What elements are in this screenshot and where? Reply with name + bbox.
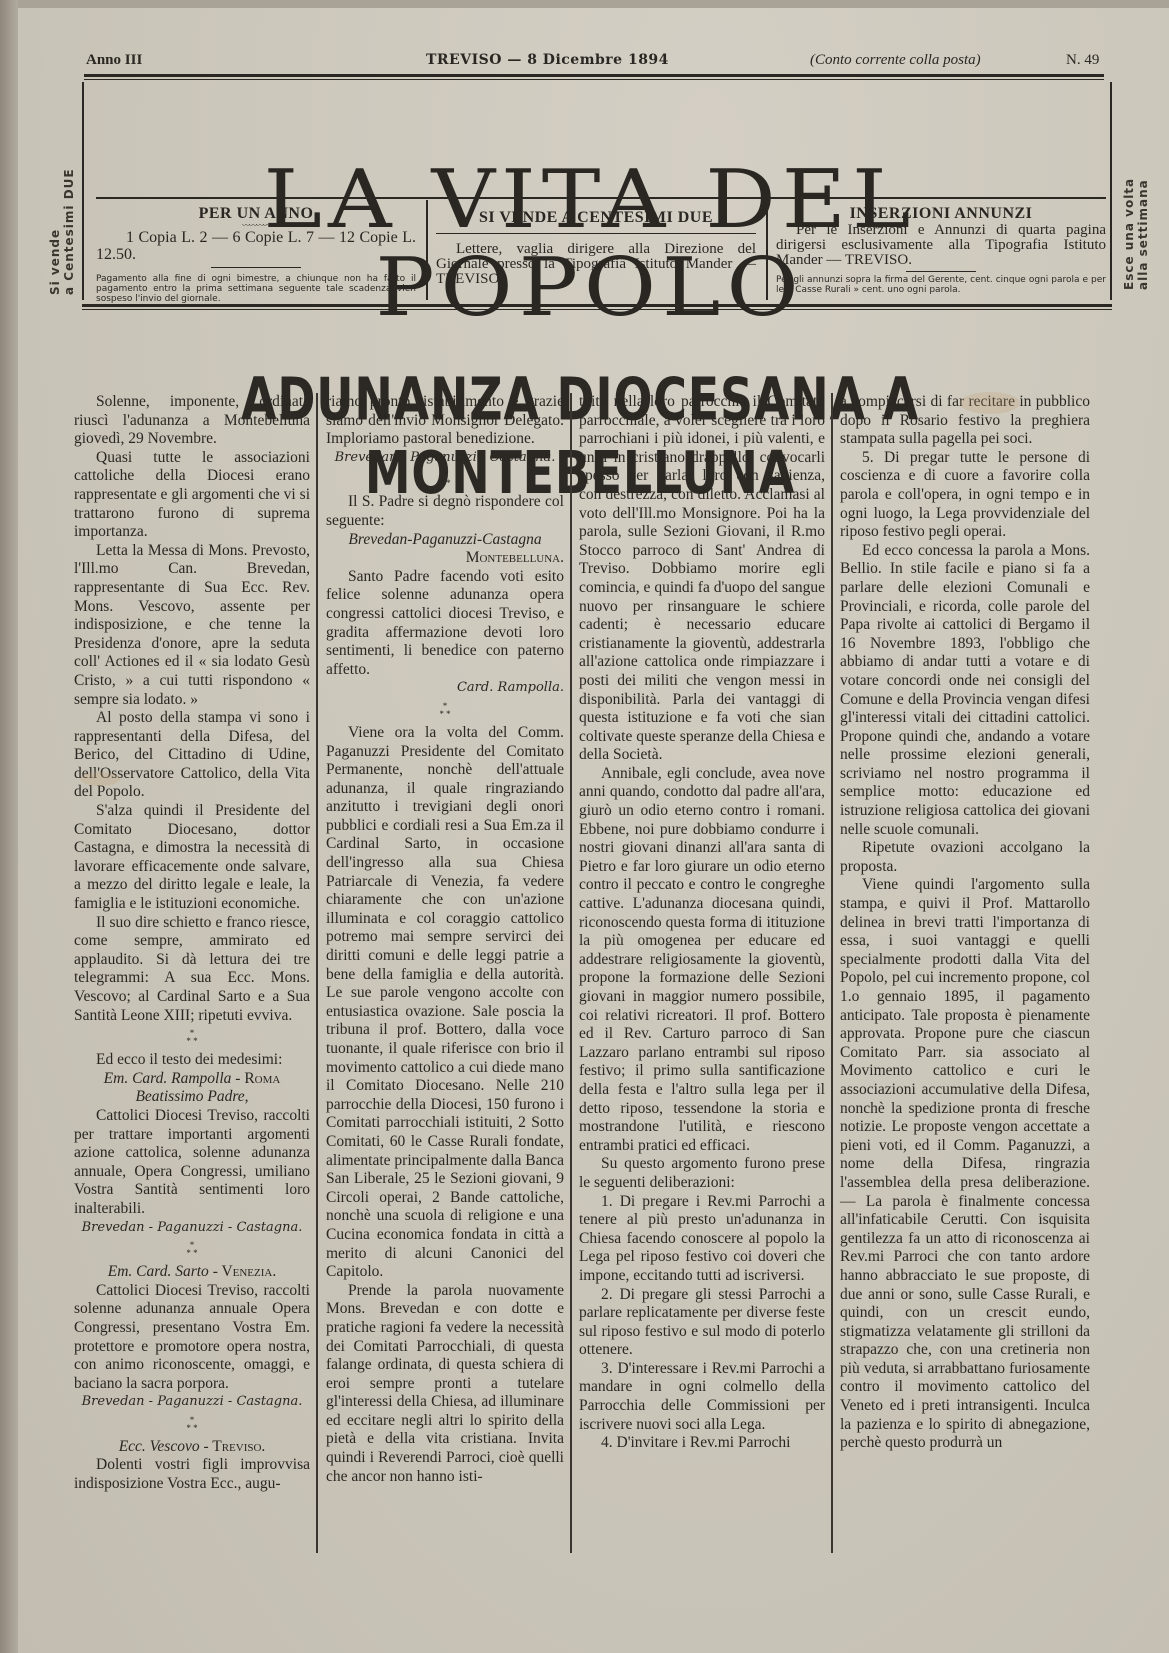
masthead-bottom-rule — [82, 304, 1112, 307]
column-rule-1 — [316, 393, 318, 1553]
article-column-2: riamo pronto ristabilimento e grazie sia… — [326, 393, 564, 1486]
paragraph: Ed ecco il testo dei medesimi: — [74, 1051, 310, 1070]
side-note-left-line2: a Centesimi DUE — [62, 168, 76, 295]
paragraph: Ripetute ovazioni accolgano la proposta. — [840, 839, 1090, 876]
paragraph: Cattolici Diocesi Treviso, raccolti per … — [74, 1107, 310, 1219]
divider — [211, 267, 301, 268]
side-note-left: Si vende a Centesimi DUE — [48, 168, 76, 295]
paragraph: Santo Padre facendo voti esito felice so… — [326, 568, 564, 680]
subscription-prices: 1 Copia L. 2 — 6 Copie L. 7 — 12 Copie L… — [96, 229, 416, 263]
paragraph: tuito nella loro parrocchia il Comitato … — [579, 393, 825, 765]
paragraph: Su questo argomento furono prese le segu… — [579, 1155, 825, 1192]
paragraph: Cattolici Diocesi Treviso, raccolti sole… — [74, 1282, 310, 1394]
asterism-divider: ** * — [326, 702, 564, 718]
box-divider-2 — [766, 200, 768, 300]
ads-box: INSERZIONI ANNUNZI Per le Inserzioni e A… — [776, 205, 1106, 297]
paragraph: Prende la parola nuovamente Mons. Breved… — [326, 1282, 564, 1487]
reply-place: Montebelluna. — [326, 549, 564, 568]
article-column-1: Solenne, imponente, ordinata riuscì l'ad… — [74, 393, 310, 1494]
side-note-left-line1: Si vende — [48, 168, 62, 295]
volume-year: Anno III — [86, 52, 142, 69]
telegram-address: Em. Card. Sarto - Venezia. — [74, 1263, 310, 1282]
address-place: - Venezia. — [213, 1263, 277, 1280]
subscription-note: Pagamento alla fine di ogni bimestre, a … — [96, 274, 416, 304]
paper-stain — [80, 772, 120, 786]
masthead-bottom-rule-thin — [82, 309, 1112, 310]
deliberation-item: 4. D'invitare i Rev.mi Parrochi — [579, 1434, 825, 1453]
salutation: Beatissimo Padre, — [74, 1088, 310, 1107]
paragraph: Viene quindi l'argomento sulla stampa, e… — [840, 876, 1090, 1452]
paragraph: Il suo dire schietto e franco riesce, co… — [74, 914, 310, 1026]
paragraph: Dolenti vostri figli improvvisa indispos… — [74, 1456, 310, 1493]
article-column-3: tuito nella loro parrocchia il Comitato … — [579, 393, 825, 1453]
article-column-4: a compiacersi di far recitare in pubblic… — [840, 393, 1090, 1453]
asterism-divider: ** * — [74, 1241, 310, 1257]
masthead-right-rule — [1110, 82, 1112, 300]
paragraph: Viene ora la volta del Comm. Paganuzzi P… — [326, 724, 564, 1282]
masthead-top-rule — [84, 74, 1104, 77]
paragraph: Letta la Messa di Mons. Prevosto, l'Ill.… — [74, 542, 310, 709]
side-note-right-line2: alla settimana — [1136, 178, 1150, 290]
sale-box: SI VENDE A CENTESIMI DUE Lettere, vaglia… — [436, 205, 756, 297]
side-note-right-line1: Esce una volta — [1122, 178, 1136, 290]
reply-address: Brevedan-Paganuzzi-Castagna — [326, 531, 564, 550]
addressee: Em. Card. Rampolla — [104, 1070, 232, 1087]
addressee: Em. Card. Sarto — [108, 1263, 209, 1280]
binding-spine — [0, 0, 18, 1653]
paragraph: Al posto della stampa vi sono i rapprese… — [74, 709, 310, 802]
sale-text: Lettere, vaglia dirigere alla Direzione … — [436, 242, 756, 287]
ads-text: Per le Inserzioni e Annunzi di quarta pa… — [776, 223, 1106, 268]
paragraph: riamo pronto ristabilimento e grazie sia… — [326, 393, 564, 449]
asterism-divider: ** * — [326, 471, 564, 487]
deliberation-item: 5. Di pregar tutte le persone di coscien… — [840, 449, 1090, 542]
address-place: - Roma — [235, 1070, 280, 1087]
signature: Brevedan - Paganuzzi - Castagna. — [326, 449, 564, 468]
masthead-top-rule-thin — [84, 79, 1104, 80]
paragraph: Il S. Padre si degnò rispondere col segu… — [326, 493, 564, 530]
subscription-box: PER UN ANNO 〰〰〰〰 1 Copia L. 2 — 6 Copie … — [96, 205, 416, 297]
column-rule-2 — [570, 393, 572, 1553]
deliberation-item: 2. Di pregare gli stessi Parrochi a parl… — [579, 1286, 825, 1360]
dateline: TREVISO — 8 Dicembre 1894 — [426, 52, 669, 68]
paragraph: Quasi tutte le associazioni cattoliche d… — [74, 449, 310, 542]
paper-stain — [960, 392, 1020, 414]
address-place: - Treviso. — [203, 1438, 265, 1455]
telegram-address: Ecc. Vescovo - Treviso. — [74, 1438, 310, 1457]
paragraph: Solenne, imponente, ordinata riuscì l'ad… — [74, 393, 310, 449]
masthead-left-rule — [82, 82, 84, 300]
postal-note: (Conto corrente colla posta) — [810, 52, 981, 69]
addressee: Ecc. Vescovo — [119, 1438, 200, 1455]
paragraph: Ed ecco concessa la parola a Mons. Belli… — [840, 542, 1090, 840]
box-divider-1 — [426, 200, 428, 300]
signature: Brevedan - Paganuzzi - Castagna. — [74, 1393, 310, 1412]
ads-heading: INSERZIONI ANNUNZI — [776, 205, 1106, 223]
asterism-divider: ** * — [74, 1416, 310, 1432]
paragraph: S'alza quindi il Presidente del Comitato… — [74, 802, 310, 914]
sale-heading: SI VENDE A CENTESIMI DUE — [436, 209, 756, 234]
signature: Card. Rampolla. — [326, 679, 564, 698]
asterism-divider: ** * — [74, 1029, 310, 1045]
paragraph: Annibale, egli conclude, avea nove anni … — [579, 765, 825, 1155]
divider — [906, 271, 976, 272]
issue-number: N. 49 — [1066, 52, 1099, 69]
deliberation-item: 3. D'interessare i Rev.mi Parrochi a man… — [579, 1360, 825, 1434]
deliberation-item: 1. Di pregare i Rev.mi Parrochi a tenere… — [579, 1193, 825, 1286]
masthead-meta-line: Anno III TREVISO — 8 Dicembre 1894 (Cont… — [66, 52, 1109, 72]
signature: Brevedan - Paganuzzi - Castagna. — [74, 1219, 310, 1238]
ads-note: Per gli annunzi sopra la firma del Geren… — [776, 275, 1106, 295]
side-note-right: Esce una volta alla settimana — [1122, 178, 1150, 290]
title-underline — [96, 197, 1106, 199]
column-rule-3 — [831, 393, 833, 1553]
telegram-address: Em. Card. Rampolla - Roma — [74, 1070, 310, 1089]
